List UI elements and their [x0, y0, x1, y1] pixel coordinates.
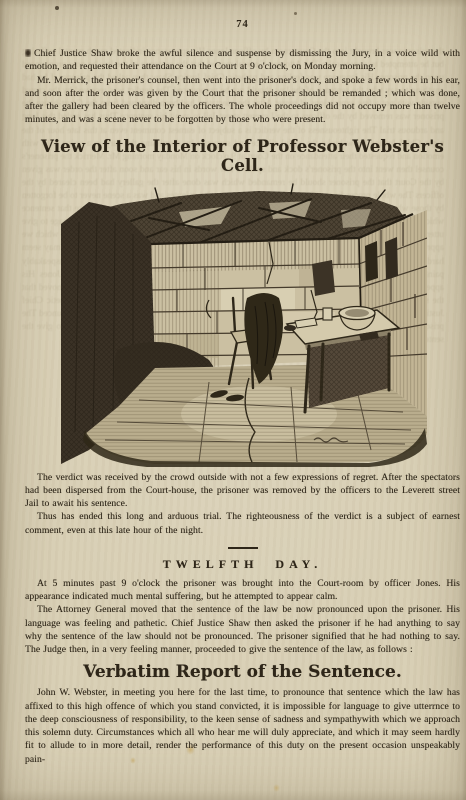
ink-blot	[25, 49, 31, 57]
cell-interior-engraving	[59, 182, 427, 468]
dark-object-on-table	[284, 325, 296, 331]
twelfth-day-paragraph-1: At 5 minutes past 9 o'clock the prisoner…	[25, 577, 460, 604]
twelfth-day-paragraph-2: The Attorney General moved that the sent…	[25, 603, 460, 656]
intro-paragraph-1: Chief Justice Shaw broke the awful silen…	[25, 47, 460, 74]
page-content: 74 Chief Justice Shaw broke the awful si…	[0, 0, 466, 800]
verdict-paragraph-1: The verdict was received by the crowd ou…	[25, 471, 460, 511]
illustration-title: View of the Interior of Professor Webste…	[25, 137, 460, 175]
cell-interior-figure	[59, 182, 427, 468]
twelfth-day-heading: TWELFTH DAY.	[25, 557, 460, 572]
page-number: 74	[25, 19, 460, 30]
wall-shadow-patch	[312, 260, 335, 296]
cell-window	[365, 241, 378, 282]
drinking-cup	[323, 308, 332, 320]
section-divider	[228, 547, 258, 549]
intro-paragraph-2: Mr. Merrick, the prisoner's counsel, the…	[25, 74, 460, 127]
book-page-scan: the prisoner was brought into the Court-…	[0, 0, 466, 800]
sentence-report-heading: Verbatim Report of the Sentence.	[25, 662, 460, 682]
intro-paragraph-1-text: Chief Justice Shaw broke the awful silen…	[25, 48, 460, 72]
cell-window	[385, 237, 398, 280]
sentence-paragraph: John W. Webster, in meeting you here for…	[25, 686, 460, 766]
verdict-paragraph-2: Thus has ended this long and arduous tri…	[25, 510, 460, 537]
